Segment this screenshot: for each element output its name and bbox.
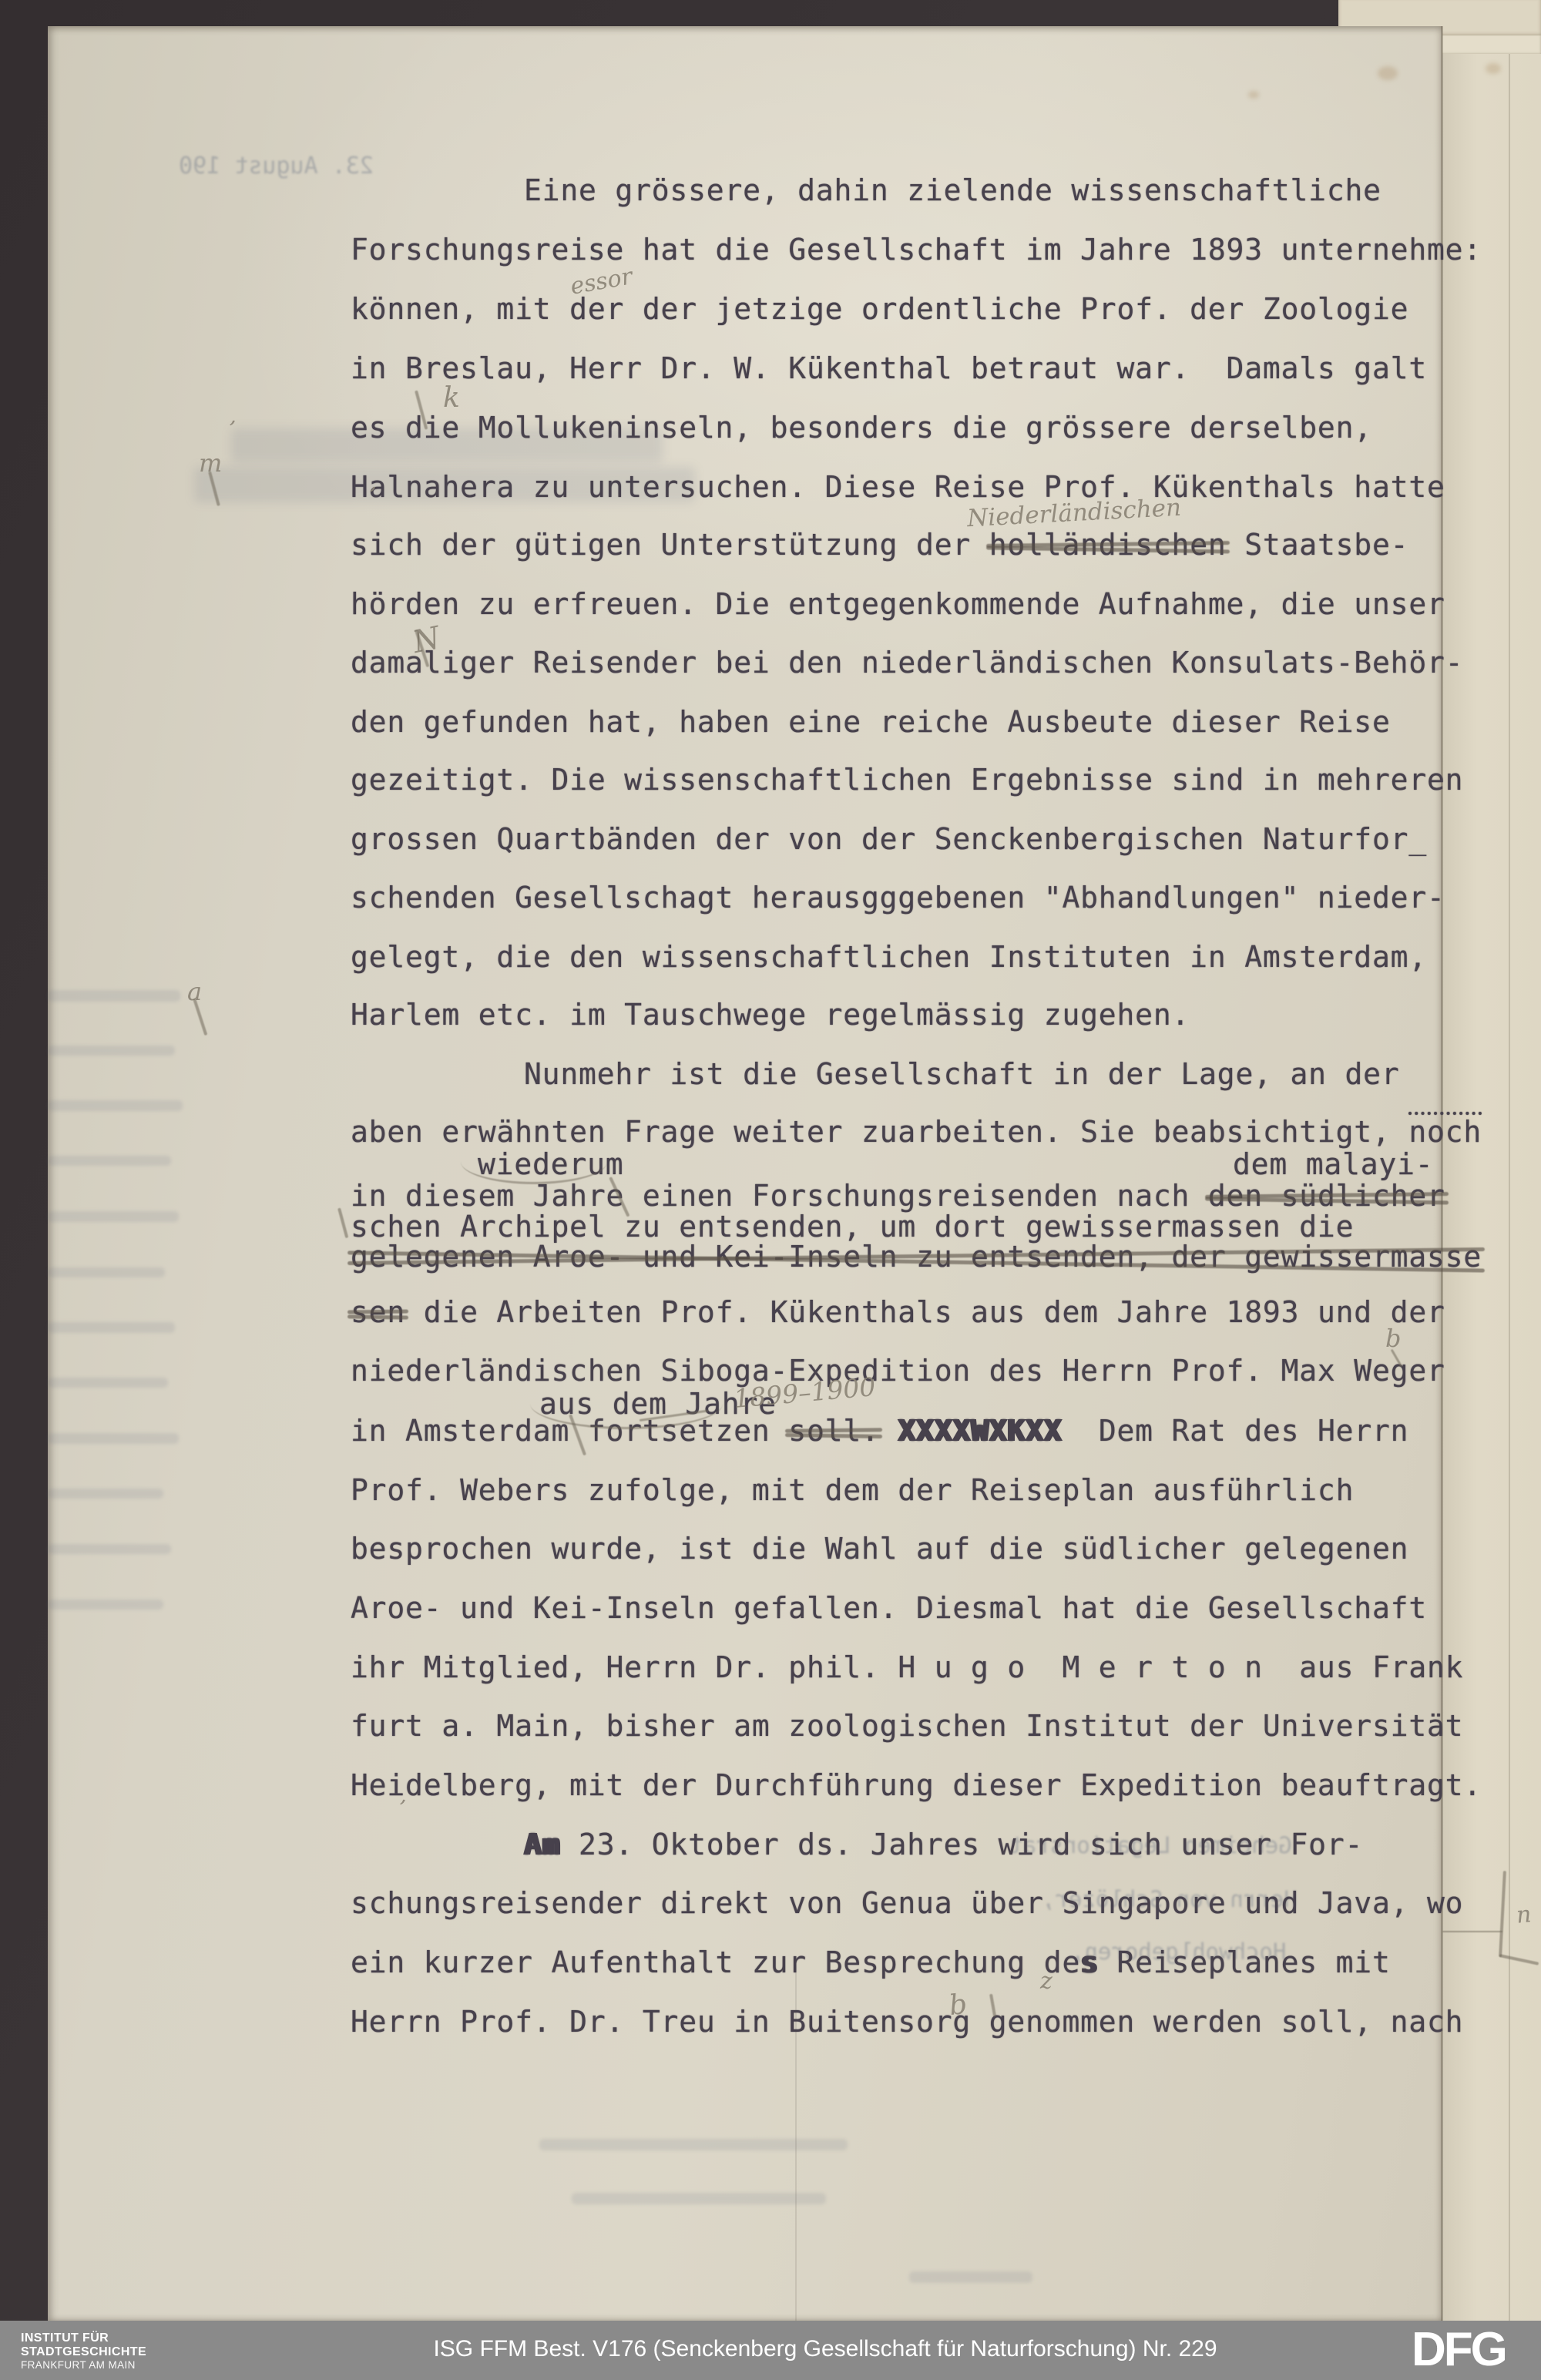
typed-line: besprochen wurde, ist die Wahl auf die s…: [351, 1531, 1408, 1566]
typed-line: damaliger Reisender bei den niederländis…: [351, 645, 1463, 680]
typed-text: hörden zu erfreuen. Die entgegenkommende…: [351, 587, 1445, 621]
typed-line: in Amsterdam fortsetzen soll. XXXXWXKXX …: [351, 1413, 1408, 1448]
bleedthrough-smudge: [48, 1489, 163, 1499]
typed-line: gelegt, die den wissenschaftlichen Insti…: [351, 939, 1427, 975]
typed-text: aben erwähnten Frage weiter zuarbeiten. …: [351, 1115, 1408, 1149]
institution-line3: FRANKFURT AM MAIN: [21, 2359, 146, 2371]
typed-text: sich der gütigen Unterstützung der: [351, 528, 989, 562]
typed-line: gezeitigt. Die wissenschaftlichen Ergebn…: [351, 762, 1463, 797]
paper-stain: [1378, 66, 1398, 80]
dfg-logo: DFG: [1412, 2322, 1506, 2377]
typed-line: Harlem etc. im Tauschwege regelmässig zu…: [351, 997, 1190, 1032]
typed-line: dem malayi-: [1233, 1146, 1433, 1182]
scan-viewer: 23. August 190Geheimen LegationsratHerrn…: [0, 0, 1541, 2380]
bleedthrough-smudge: [48, 1156, 171, 1166]
pencil-annotation: z: [1040, 1968, 1053, 1995]
typed-text: gezeitigt. Die wissenschaftlichen Ergebn…: [351, 763, 1463, 797]
typed-line: ein kurzer Aufenthalt zur Besprechung de…: [351, 1945, 1391, 1980]
typed-line: sen die Arbeiten Prof. Kükenthals aus de…: [351, 1294, 1445, 1330]
pencil-annotation: b: [948, 1989, 969, 2022]
paper-crease: [1509, 54, 1510, 2321]
typed-text: Prof. Webers zufolge, mit dem der Reisep…: [351, 1473, 1354, 1507]
bleedthrough-smudge: [909, 2271, 1032, 2283]
typed-text: schungsreisender direkt von Genua über S…: [351, 1886, 1463, 1920]
typed-text: können, mit der der jetzige ordentliche …: [351, 292, 1408, 326]
typed-strike-text: gelegenen Aroe- und Kei-Inseln zu entsen…: [351, 1239, 1482, 1274]
typed-text: besprochen wurde, ist die Wahl auf die s…: [351, 1532, 1408, 1566]
second-page-edge: [1442, 54, 1541, 2321]
pencil-stroke: [1442, 1931, 1502, 1932]
paper-stain: [1486, 63, 1501, 74]
typed-line: Aroe- und Kei-Inseln gefallen. Diesmal h…: [351, 1590, 1427, 1626]
typed-line: schungsreisender direkt von Genua über S…: [351, 1885, 1463, 1921]
typed-overdot-text: noch: [1408, 1115, 1482, 1149]
bleedthrough-ghost-text: 23. August 190: [179, 153, 374, 180]
typed-line: können, mit der der jetzige ordentliche …: [351, 291, 1408, 327]
typed-line: Halnahera zu untersuchen. Diese Reise Pr…: [351, 469, 1445, 505]
typed-text: Harlem etc. im Tauschwege regelmässig zu…: [351, 998, 1190, 1032]
page-fold-seam: [1441, 26, 1443, 2321]
bleedthrough-smudge: [48, 990, 180, 1002]
typed-text: die Arbeiten Prof. Kükenthals aus dem Ja…: [405, 1295, 1445, 1329]
typed-text: ihr Mitglied, Herrn Dr. phil. H u g o M …: [351, 1650, 1463, 1684]
pencil-annotation: b: [1385, 1324, 1401, 1353]
typed-line: furt a. Main, bisher am zoologischen Ins…: [351, 1708, 1463, 1744]
typed-line: grossen Quartbänden der von der Senckenb…: [351, 821, 1427, 857]
typed-line: hörden zu erfreuen. Die entgegenkommende…: [351, 586, 1445, 622]
typed-line: Eine grössere, dahin zielende wissenscha…: [524, 173, 1382, 208]
typed-text: [880, 1414, 898, 1448]
typed-text: grossen Quartbänden der von der Senckenb…: [351, 822, 1427, 856]
typed-strike-text: soll.: [788, 1413, 879, 1448]
bleedthrough-smudge: [572, 2193, 826, 2204]
typed-text: 23. Oktober ds. Jahres wird sich unser F…: [560, 1828, 1363, 1861]
archive-info-bar: INSTITUT FÜR STADTGESCHICHTE FRANKFURT A…: [0, 2321, 1541, 2380]
typed-text: gelegt, die den wissenschaftlichen Insti…: [351, 940, 1427, 974]
typed-text: den gefunden hat, haben eine reiche Ausb…: [351, 705, 1391, 739]
typed-line: Forschungsreise hat die Gesellschaft im …: [351, 232, 1482, 267]
typed-text: in Breslau, Herr Dr. W. Kükenthal betrau…: [351, 351, 1427, 385]
typed-line: den gefunden hat, haben eine reiche Ausb…: [351, 704, 1391, 740]
bleedthrough-smudge: [48, 1600, 163, 1610]
archive-caption: ISG FFM Best. V176 (Senckenberg Gesellsc…: [433, 2336, 1217, 2362]
typed-text: damaliger Reisender bei den niederländis…: [351, 646, 1463, 680]
bleedthrough-smudge: [48, 1100, 183, 1111]
institution-line2: STADTGESCHICHTE: [21, 2345, 146, 2359]
typed-line: Herrn Prof. Dr. Treu in Buitensorg genom…: [351, 2004, 1463, 2039]
typed-text: es die Mollukeninseln, besonders die grö…: [351, 411, 1372, 445]
typed-overtype-text: XXXXWXKXX: [898, 1414, 1062, 1448]
typed-strike-text: holländischen: [989, 527, 1227, 562]
typed-text: ein kurzer Aufenthalt zur Besprechung de: [351, 1945, 1080, 1979]
bleedthrough-smudge: [539, 2139, 848, 2150]
institution-line1: INSTITUT FÜR: [21, 2331, 146, 2345]
bleedthrough-smudge: [48, 1433, 179, 1444]
typed-strike-text: sen: [351, 1294, 405, 1330]
typed-text: dem malayi-: [1233, 1147, 1433, 1181]
typed-line: schenden Gesellschagt herausgggebenen "A…: [351, 880, 1445, 915]
typed-line: niederländischen Siboga-Expedition des H…: [351, 1353, 1445, 1388]
typed-text: Forschungsreise hat die Gesellschaft im …: [351, 233, 1482, 267]
typed-line: gelegenen Aroe- und Kei-Inseln zu entsen…: [351, 1239, 1482, 1274]
typed-line: in Breslau, Herr Dr. W. Kükenthal betrau…: [351, 351, 1427, 386]
typed-text: Herrn Prof. Dr. Treu in Buitensorg genom…: [351, 2005, 1463, 2039]
typed-text: Nunmehr ist die Gesellschaft in der Lage…: [524, 1057, 1400, 1091]
typed-text: Halnahera zu untersuchen. Diese Reise Pr…: [351, 470, 1445, 504]
bleedthrough-smudge: [48, 1267, 165, 1277]
typed-line: Prof. Webers zufolge, mit dem der Reisep…: [351, 1472, 1354, 1508]
typed-text: Dem Rat des Herrn: [1062, 1414, 1408, 1448]
typed-line: es die Mollukeninseln, besonders die grö…: [351, 410, 1372, 445]
typed-line: sich der gütigen Unterstützung der hollä…: [351, 527, 1408, 562]
institution-logo: INSTITUT FÜR STADTGESCHICHTE FRANKFURT A…: [21, 2331, 146, 2371]
typed-line: Heidelberg, mit der Durchführung dieser …: [351, 1767, 1482, 1803]
typed-text: Aroe- und Kei-Inseln gefallen. Diesmal h…: [351, 1591, 1427, 1625]
typed-text: Eine grössere, dahin zielende wissenscha…: [524, 173, 1382, 207]
typed-text: furt a. Main, bisher am zoologischen Ins…: [351, 1709, 1463, 1743]
paper-stain: [1248, 91, 1259, 99]
typed-overtype-text: s: [1080, 1945, 1099, 1979]
typed-text: schenden Gesellschagt herausgggebenen "A…: [351, 881, 1445, 915]
pencil-annotation: k: [443, 382, 460, 414]
bleedthrough-smudge: [48, 1046, 175, 1056]
pencil-annotation: n: [1516, 1901, 1533, 1929]
bleedthrough-smudge: [48, 1211, 179, 1222]
typed-text: niederländischen Siboga-Expedition des H…: [351, 1354, 1445, 1388]
typed-line: ihr Mitglied, Herrn Dr. phil. H u g o M …: [351, 1650, 1463, 1685]
typed-line: Am 23. Oktober ds. Jahres wird sich unse…: [524, 1827, 1363, 1862]
typed-text: Reiseplanes mit: [1099, 1945, 1391, 1979]
bleedthrough-smudge: [48, 1378, 168, 1388]
typed-line: aben erwähnten Frage weiter zuarbeiten. …: [351, 1114, 1482, 1150]
typed-text: in diesem Jahre einen Forschungsreisende…: [351, 1179, 1208, 1213]
bleedthrough-smudge: [48, 1322, 175, 1333]
bleedthrough-smudge: [48, 1544, 171, 1554]
typed-line: Nunmehr ist die Gesellschaft in der Lage…: [524, 1056, 1400, 1092]
typed-text: Heidelberg, mit der Durchführung dieser …: [351, 1768, 1482, 1802]
typed-overtype-text: Am: [524, 1828, 560, 1861]
typed-text: Staatsbe-: [1227, 528, 1409, 562]
